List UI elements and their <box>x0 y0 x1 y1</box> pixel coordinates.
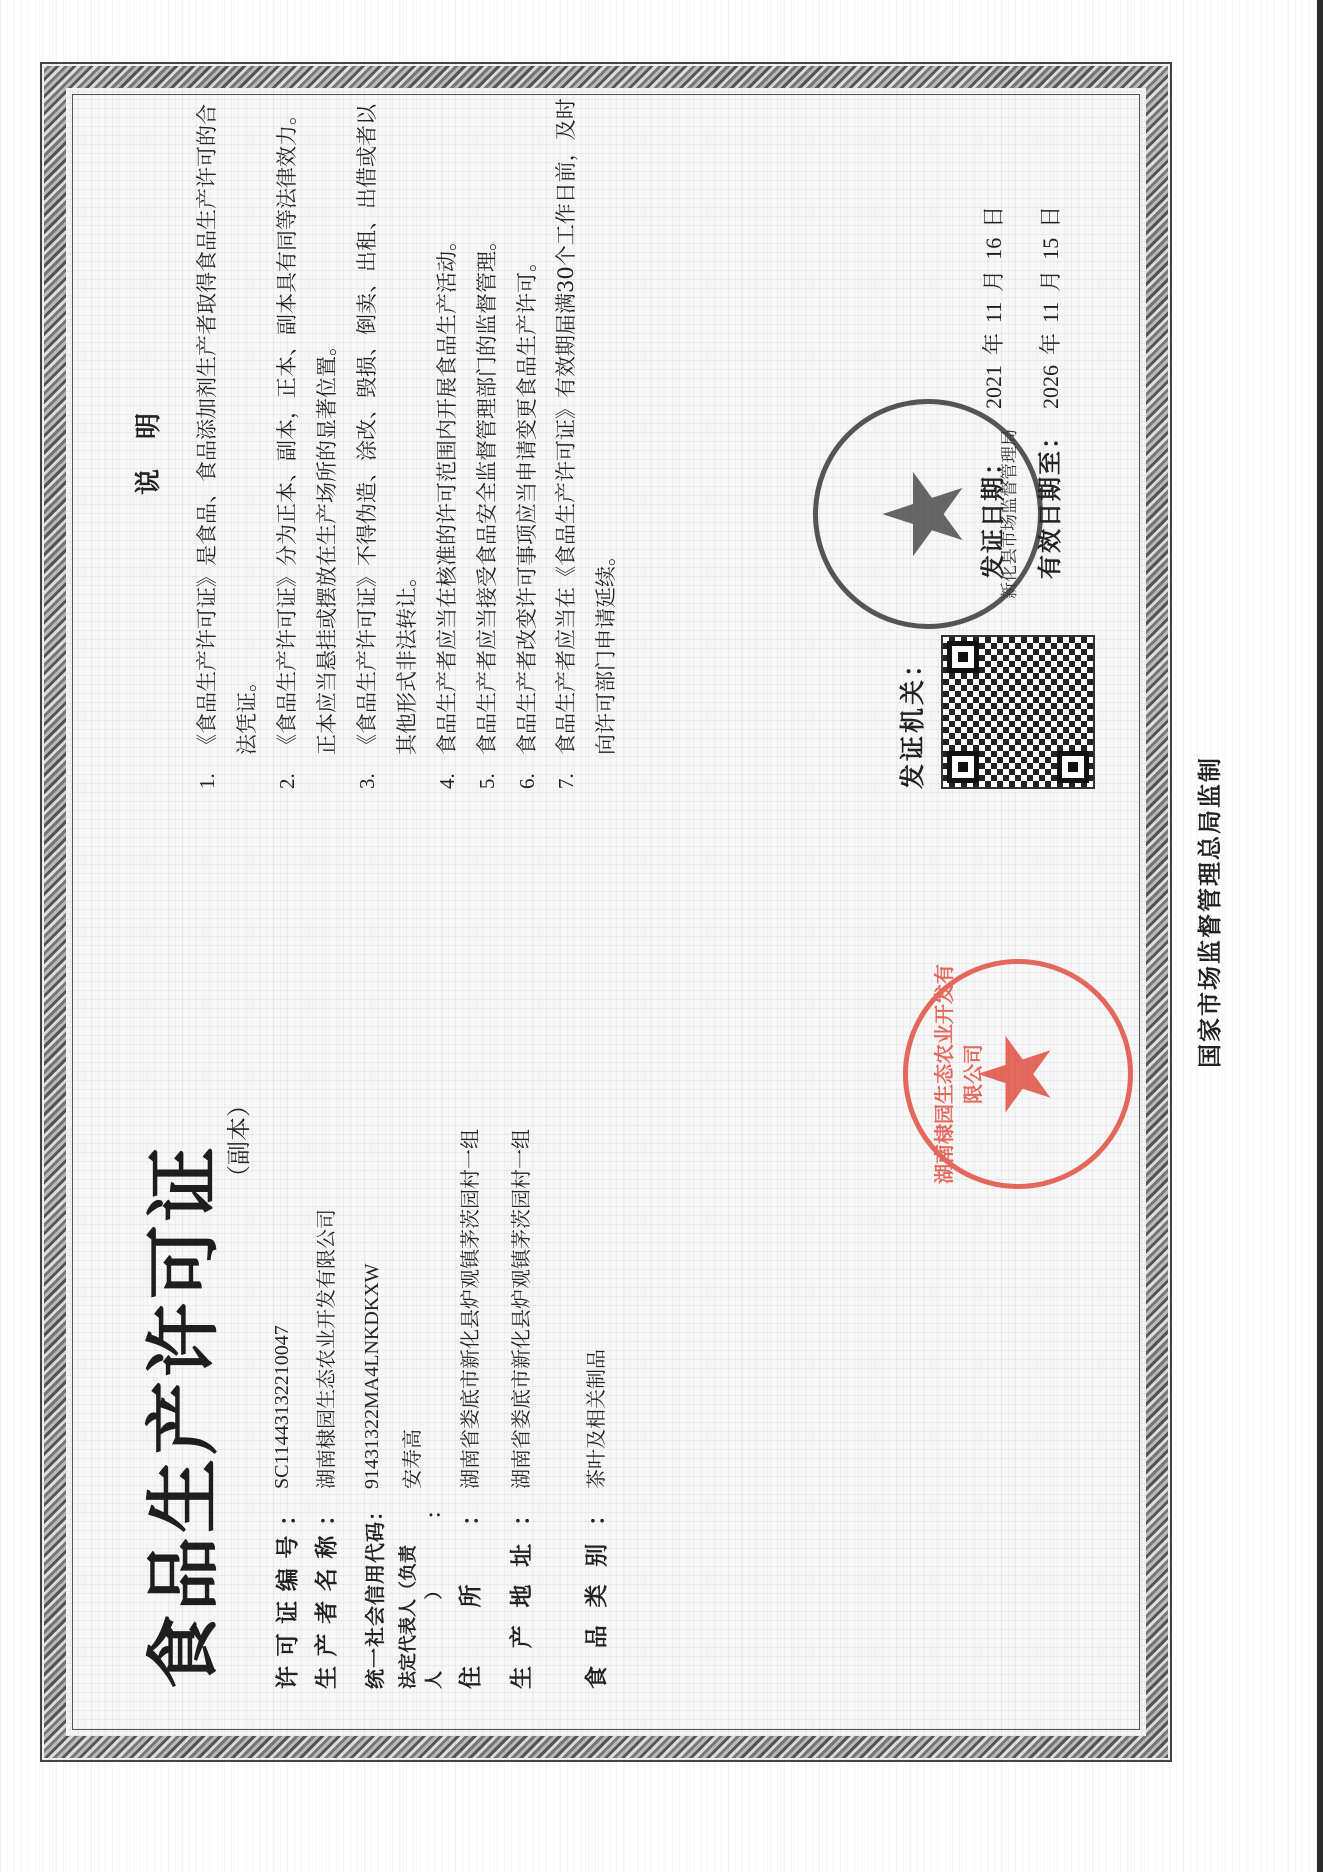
license-subtitle: （副本） <box>219 1093 254 1189</box>
company-seal: 湖南棣园生态农业开发有限公司 ★ <box>903 959 1133 1189</box>
authority-label: 发证机关： <box>893 649 929 789</box>
field-value: 茶叶及相关制品 <box>578 1349 609 1489</box>
field-value: 安寿高 <box>394 1429 425 1489</box>
field-label: 生产地址： <box>503 1489 536 1689</box>
issue-date: 发证日期： 2021 年 11 月 16 日 <box>973 206 1008 579</box>
license-document: 食品生产许可证 （副本） 许可证编号： SC11443132210047 生产者… <box>40 62 1172 1762</box>
qr-code <box>941 635 1095 789</box>
field-value: 湖南省娄底市新化县炉观镇茅茨园村一组 <box>452 1129 483 1489</box>
instruction-item: 1.《食品生产许可证》是食品、食品添加剂生产者取得食品生产许可的合法凭证。 <box>188 89 268 789</box>
field-label: 食品类别： <box>578 1489 611 1689</box>
instruction-item: 3.《食品生产许可证》不得伪造、涂改、毁损、倒卖、出租、出借或者以其他形式非法转… <box>348 89 428 789</box>
instruction-item: 4.食品生产者应当在核准的许可范围内开展食品生产活动。 <box>428 89 468 789</box>
field-value: 91431322MA4LNKDKXW <box>359 1263 384 1489</box>
instruction-item: 2.《食品生产许可证》分为正本、副本，正本、副本具有同等法律效力。正本应当悬挂或… <box>268 89 348 789</box>
field-value: 湖南省娄底市新化县炉观镇茅茨园村一组 <box>503 1129 534 1489</box>
field-legal-representative: 法定代表人（负责人）： 安寿高 <box>394 1129 446 1689</box>
instruction-item: 5.食品生产者应当接受食品安全监督管理部门的监督管理。 <box>468 89 508 789</box>
instructions-title: 说明 <box>125 89 174 789</box>
field-license-number: 许可证编号： SC11443132210047 <box>269 1129 302 1689</box>
field-residence: 住所： 湖南省娄底市新化县炉观镇茅茨园村一组 <box>452 1129 485 1689</box>
field-label: 法定代表人（负责人）： <box>394 1489 446 1689</box>
validity-dates: 发证日期： 2021 年 11 月 16 日 有效日期至： 2026 年 11 … <box>973 206 1087 579</box>
license-fields: 许可证编号： SC11443132210047 生产者名称： 湖南棣园生态农业开… <box>269 1129 617 1689</box>
instructions: 说明 1.《食品生产许可证》是食品、食品添加剂生产者取得食品生产许可的合法凭证。… <box>125 89 627 789</box>
instruction-item: 6.食品生产者改变许可事项应当申请变更食品生产许可。 <box>508 89 548 789</box>
star-icon: ★ <box>957 1029 1074 1119</box>
footer-issuer-note: 国家市场监督管理总局监制 <box>1190 62 1225 1762</box>
field-food-category: 食品类别： 茶叶及相关制品 <box>578 1129 611 1689</box>
expiry-date: 有效日期至： 2026 年 11 月 15 日 <box>1030 206 1065 579</box>
field-label: 生产者名称： <box>308 1489 341 1689</box>
field-credit-code: 统一社会信用代码： 91431322MA4LNKDKXW <box>359 1129 388 1689</box>
license-body: 食品生产许可证 （副本） 许可证编号： SC11443132210047 生产者… <box>72 94 1140 1730</box>
scan-edge <box>1317 0 1323 1872</box>
instruction-item: 7.食品生产者应当在《食品生产许可证》有效期届满30个工作日前，及时向许可部门申… <box>547 89 627 789</box>
field-label: 统一社会信用代码： <box>359 1489 388 1689</box>
star-icon: ★ <box>860 465 988 564</box>
field-production-address: 生产地址： 湖南省娄底市新化县炉观镇茅茨园村一组 <box>503 1129 536 1689</box>
field-label: 许可证编号： <box>269 1489 302 1689</box>
field-value: 湖南棣园生态农业开发有限公司 <box>308 1209 339 1489</box>
field-producer-name: 生产者名称： 湖南棣园生态农业开发有限公司 <box>308 1129 341 1689</box>
field-value: SC11443132210047 <box>269 1325 294 1489</box>
field-label: 住所： <box>452 1489 485 1689</box>
license-title: 食品生产许可证 <box>125 1143 231 1689</box>
